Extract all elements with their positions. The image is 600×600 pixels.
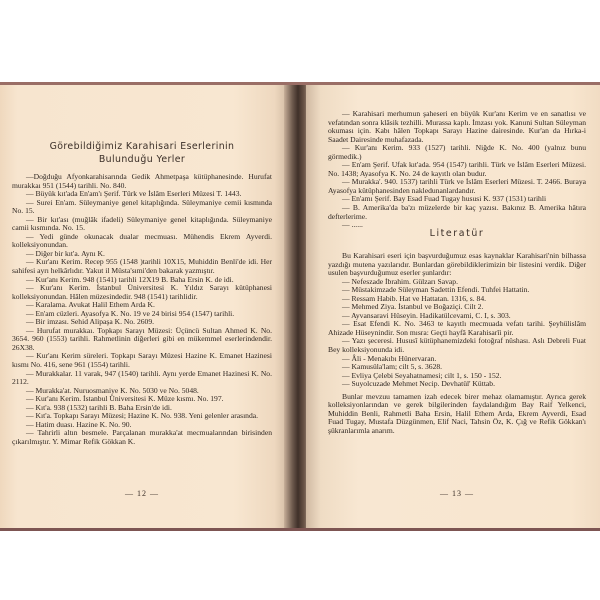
list-item: — Suyolcuzade Mehmet Necip. Devhatül' Kü… [328, 380, 586, 389]
list-item: —Doğduğu Afyonkarahisarında Gedik Ahmetp… [12, 173, 272, 190]
list-item: — Kur'anı Kerim süreleri. Topkapı Sarayı… [12, 352, 272, 369]
literatur-section: Literatür [328, 227, 586, 240]
list-item: — Kur'anı Kerim. İstanbul Üniversitesi K… [12, 284, 272, 301]
literatur-heading: Literatür [328, 227, 586, 240]
sources-list: — Nefeszade İbrahim. Gülzarı Savap.— Müs… [328, 278, 586, 389]
open-book: Görebildiğimiz Karahisari Eserlerinin Bu… [0, 82, 600, 531]
heading-line-2: Bulunduğu Yerler [12, 153, 272, 166]
list-item: — Kur'anı Kerim. Recep 955 (1548 )tarihl… [12, 258, 272, 275]
list-item: — Bir kıt'ası (muğlâk ifadeli) Süleymani… [12, 216, 272, 233]
page-number-12: — 12 — [12, 490, 272, 499]
literatur-intro: Bu Karahisari eseri için başvurduğumuz e… [328, 252, 586, 278]
left-page: Görebildiğimiz Karahisari Eserlerinin Bu… [0, 85, 292, 528]
list-item: — En'am Şerif. Ufak kıt'ada. 954 (1547) … [328, 161, 586, 178]
right-entries-list: — Karahisari merhumun şaheseri en büyük … [328, 110, 586, 230]
list-item: — Yazı şeceresi. Hususî kütüphanemizdeki… [328, 337, 586, 354]
list-item: — Surei En'am. Süleymaniye genel kitaplı… [12, 199, 272, 216]
list-item: — B. Amerika'da ba'zı müzelerde bir kaç … [328, 204, 586, 221]
page-number-13: — 13 — [328, 490, 586, 499]
heading-line-1: Görebildiğimiz Karahisari Eserlerinin [12, 140, 272, 153]
literatur-body: Bu Karahisari eseri için başvurduğumuz e… [328, 252, 586, 435]
list-item: — Murakkalar. 11 varak, 947 (1540) tarih… [12, 370, 272, 387]
list-item: — Karahisari merhumun şaheseri en büyük … [328, 110, 586, 144]
closing-paragraph: Bunlar mevzuu tamamen izah edecek birer … [328, 393, 586, 436]
list-item: — Kur'anı Kerim. 933 (1527) tarihli. Niğ… [328, 144, 586, 161]
left-entries-list: —Doğduğu Afyonkarahisarında Gedik Ahmetp… [12, 173, 272, 447]
list-item: — Tahrirli altın besmele. Parçalanan mur… [12, 429, 272, 446]
right-page: — Karahisari merhumun şaheseri en büyük … [306, 85, 600, 528]
left-page-heading: Görebildiğimiz Karahisari Eserlerinin Bu… [12, 140, 272, 166]
list-item: — Yedi günde okunacak dualar mecmuası. M… [12, 233, 272, 250]
list-item: — Esat Efendi K. No. 3463 te kayıtlı mec… [328, 320, 586, 337]
list-item: — Murakka'. 940. 1537) tarihli Türk ve İ… [328, 178, 586, 195]
list-item: — Hurufat murakkaı. Topkapı Sarayı Müzes… [12, 327, 272, 353]
